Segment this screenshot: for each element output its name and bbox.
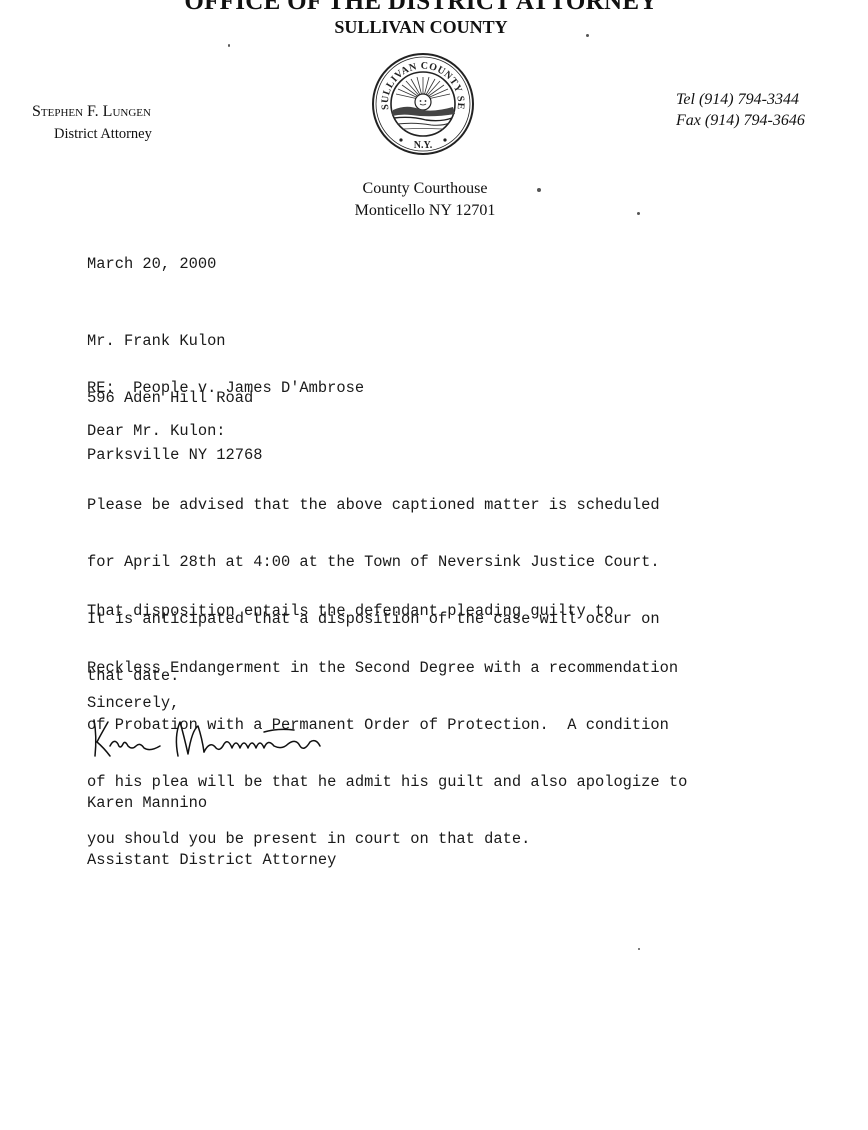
scan-speck [638,948,640,950]
scan-speck [537,188,541,192]
paragraph-line: Please be advised that the above caption… [87,495,660,516]
letter-date: March 20, 2000 [87,255,216,273]
paragraph-line: Reckless Endangerment in the Second Degr… [87,658,687,679]
scan-speck [637,212,640,215]
address-line-1: County Courthouse [330,178,520,200]
scan-speck [586,34,589,37]
subject-line: RE: People v. James D'Ambrose [87,379,364,397]
scan-speck [228,44,230,47]
district-attorney-name: Stephen F. Lungen [32,103,151,121]
handwritten-signature-icon [88,716,328,760]
svg-text:N.Y.: N.Y. [414,140,433,151]
signer-block: Karen Mannino Assistant District Attorne… [87,757,336,907]
county-seal-icon: SULLIVAN COUNTY SEAL N.Y. [371,52,475,156]
office-address: County Courthouse Monticello NY 12701 [330,178,520,222]
county-title: SULLIVAN COUNTY [0,17,842,38]
salutation: Dear Mr. Kulon: [87,422,226,440]
paragraph-line: That disposition entails the defendant p… [87,601,687,622]
office-title: OFFICE OF THE DISTRICT ATTORNEY [0,0,842,16]
telephone-number: Tel (914) 794-3344 [676,89,805,110]
signer-name: Karen Mannino [87,793,336,814]
address-line-2: Monticello NY 12701 [330,200,520,222]
district-attorney-title: District Attorney [54,126,152,143]
closing: Sincerely, [87,694,179,712]
fax-number: Fax (914) 794-3646 [676,110,805,131]
recipient-name: Mr. Frank Kulon [87,331,262,352]
contact-info: Tel (914) 794-3344 Fax (914) 794-3646 [676,89,805,131]
signer-title: Assistant District Attorney [87,850,336,871]
